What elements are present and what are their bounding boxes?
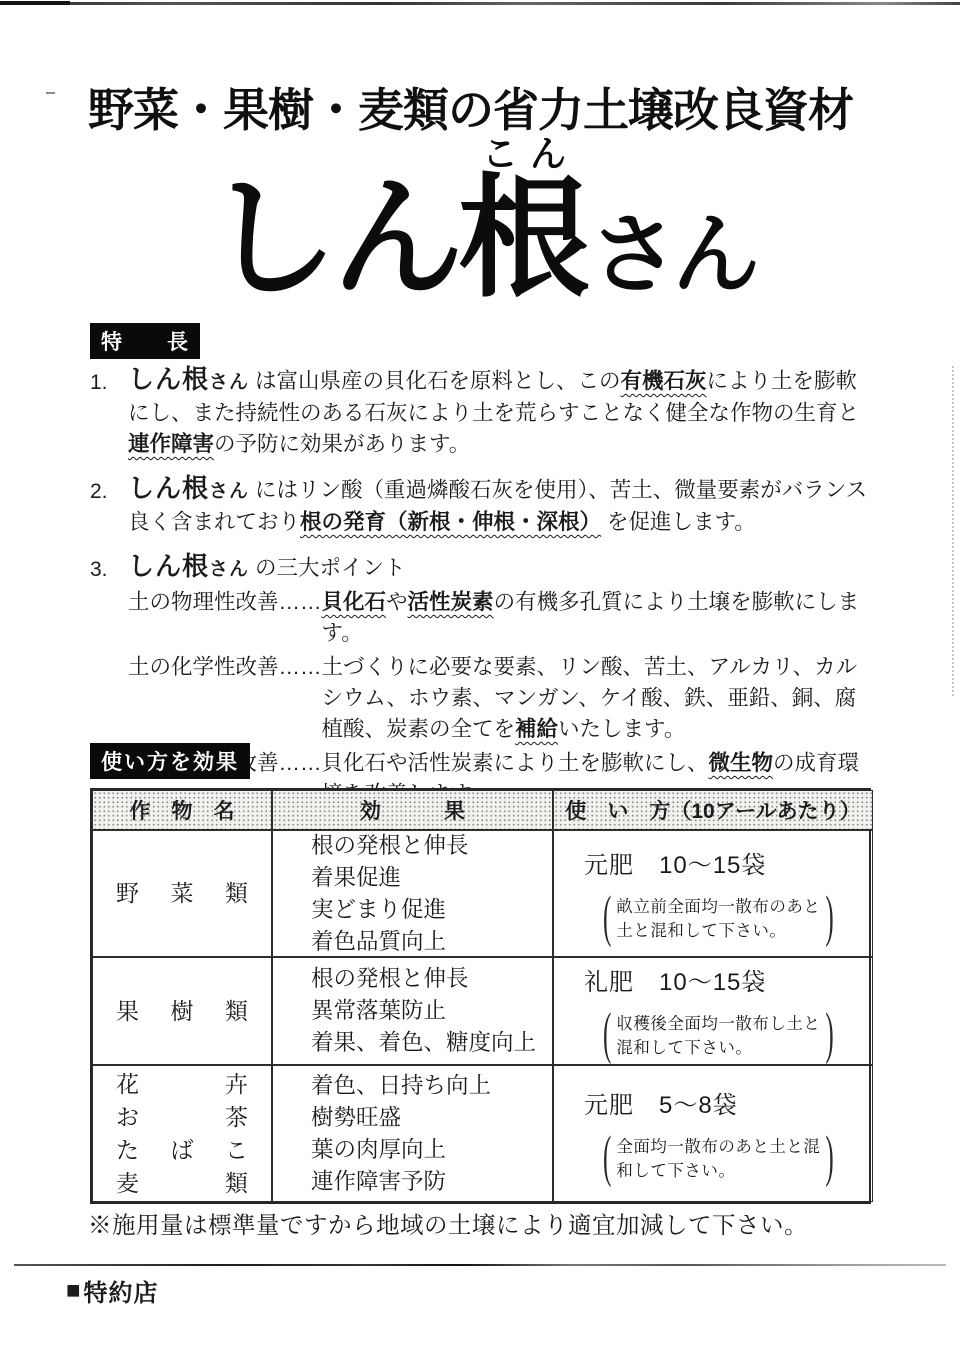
point-text-segment: いたします。	[558, 717, 685, 741]
table-cell-crop-others: 花卉お茶たばこ麦類	[92, 1065, 272, 1202]
feature-text-segment: を促進します。	[601, 510, 756, 534]
scan-artifact-speck	[46, 92, 55, 94]
open-paren: (	[598, 1126, 616, 1190]
point-text: 土づくりに必要な要素、リン酸、苦土、アルカリ、カルシウム、ホウ素、マンガン、ケイ…	[322, 652, 872, 745]
dose-amount: 元肥 10～15袋	[584, 845, 872, 880]
table-header-effect: 効 果	[272, 790, 553, 830]
table-header-crop: 作 物 名	[92, 790, 272, 830]
feature-text: しん根さん にはリン酸（重過燐酸石灰を使用）、苦土、微量要素がバランス良く含まれ…	[128, 473, 872, 538]
feature-text-segment: は富山県産の貝化石を原料とし、この	[249, 369, 620, 393]
product-logo-title: しん こん 根 さん	[0, 136, 960, 301]
table-header-usage: 使 い 方（10アールあたり）	[553, 790, 873, 830]
product-name-suffix: さん	[209, 559, 249, 580]
product-name: しん根	[128, 551, 209, 581]
point-text-segment: や	[386, 590, 408, 614]
document-page: 野菜・果樹・麦類の省力土壌改良資材 しん こん 根 さん 特 長 1. しん根さ…	[0, 0, 960, 1355]
scan-artifact-corner	[0, 1, 70, 5]
table-cell-crop-fruits: 果樹類	[92, 957, 272, 1065]
title-suffix-san: さん	[590, 211, 754, 301]
dealer-heading: ■ 特約店	[66, 1273, 159, 1308]
title-kanji-kon: 根	[458, 176, 590, 301]
scan-artifact-edge	[952, 366, 954, 696]
point-text-segment: 貝化石や活性炭素により土を膨軟にし、	[322, 751, 709, 775]
usage-note-text: 全面均一散布のあと土と混和して下さい。	[616, 1135, 820, 1183]
usage-note: ( 畝立前全面均一散布のあと土と混和して下さい。 )	[598, 895, 872, 943]
point-chemical: 土の化学性改善…… 土づくりに必要な要素、リン酸、苦土、アルカリ、カルシウム、ホ…	[128, 652, 872, 745]
section-label-features: 特 長	[90, 323, 200, 359]
dose-amount: 礼肥 10～15袋	[584, 962, 872, 997]
dosage-footnote: ※施用量は標準量ですから地域の土壌により適宜加減して下さい。	[88, 1206, 808, 1240]
point-label: 土の化学性改善……	[128, 652, 322, 745]
usage-note-text: 畝立前全面均一散布のあと土と混和して下さい。	[616, 895, 820, 943]
table-cell-usage-fruits: 礼肥 10～15袋 ( 収穫後全面均一散布し土と混和して下さい。 )	[553, 957, 873, 1065]
usage-note: ( 収穫後全面均一散布し土と混和して下さい。 )	[598, 1012, 872, 1060]
feature-text-segment: の予防に効果があります。	[214, 432, 470, 456]
feature-text: しん根さん は富山県産の貝化石を原料とし、この有機石灰により土を膨軟にし、また持…	[128, 364, 872, 460]
feature-number: 2.	[90, 473, 128, 538]
product-name-suffix: さん	[209, 372, 249, 393]
close-paren: )	[820, 1004, 838, 1068]
point-emphasis: 補給	[515, 717, 558, 741]
table-cell-effects-others: 着色、日持ち向上樹勢旺盛葉の肉厚向上連作障害予防	[272, 1065, 553, 1202]
open-paren: (	[598, 1004, 616, 1068]
table-cell-effects-vegetables: 根の発根と伸長着果促進実どまり促進着色品質向上	[272, 830, 553, 957]
feature-item-2: 2. しん根さん にはリン酸（重過燐酸石灰を使用）、苦土、微量要素がバランス良く…	[90, 473, 872, 538]
point-text: 貝化石や活性炭素の有機多孔質により土壌を膨軟にします。	[322, 587, 872, 649]
usage-note: ( 全面均一散布のあと土と混和して下さい。 )	[598, 1135, 872, 1183]
table-cell-usage-vegetables: 元肥 10～15袋 ( 畝立前全面均一散布のあと土と混和して下さい。 )	[553, 830, 873, 957]
point-label: 土の物理性改善……	[128, 587, 322, 649]
title-kanji-wrap: こん 根	[458, 136, 590, 301]
dealer-label: 特約店	[84, 1273, 159, 1308]
point-emphasis: 活性炭素	[408, 590, 494, 614]
product-name: しん根	[128, 364, 209, 394]
feature-number: 1.	[90, 364, 128, 460]
point-emphasis: 微生物	[709, 751, 774, 775]
product-name: しん根	[128, 473, 209, 503]
point-physical: 土の物理性改善…… 貝化石や活性炭素の有機多孔質により土壌を膨軟にします。	[128, 587, 872, 649]
product-name-suffix: さん	[209, 481, 249, 502]
section-label-usage: 使い方を効果	[90, 743, 250, 779]
close-paren: )	[820, 1126, 838, 1190]
table-cell-crop-vegetables: 野菜類	[92, 830, 272, 957]
table-cell-usage-others: 元肥 5～8袋 ( 全面均一散布のあと土と混和して下さい。 )	[553, 1065, 873, 1202]
feature-emphasis: 有機石灰	[621, 369, 707, 393]
feature-emphasis: 連作障害	[128, 432, 214, 456]
feature-item-1: 1. しん根さん は富山県産の貝化石を原料とし、この有機石灰により土を膨軟にし、…	[90, 364, 872, 460]
footer-divider	[14, 1264, 946, 1266]
close-paren: )	[820, 886, 838, 950]
table-cell-effects-fruits: 根の発根と伸長異常落葉防止着果、着色、糖度向上	[272, 957, 553, 1065]
header-catchphrase: 野菜・果樹・麦類の省力土壌改良資材	[88, 74, 878, 140]
open-paren: (	[598, 886, 616, 950]
point-emphasis: 貝化石	[322, 590, 387, 614]
filled-square-icon: ■	[66, 1277, 82, 1305]
feature-text-segment: の三大ポイント	[249, 556, 405, 580]
dose-amount: 元肥 5～8袋	[584, 1085, 872, 1120]
title-kana-shin: しん	[206, 176, 458, 301]
usage-note-text: 収穫後全面均一散布し土と混和して下さい。	[616, 1012, 820, 1060]
usage-table: 作 物 名 効 果 使 い 方（10アールあたり） 野菜類 根の発根と伸長着果促…	[90, 788, 871, 1204]
scan-artifact-top-line	[0, 2, 960, 5]
feature-emphasis: 根の発育（新根・伸根・深根）	[300, 510, 601, 534]
